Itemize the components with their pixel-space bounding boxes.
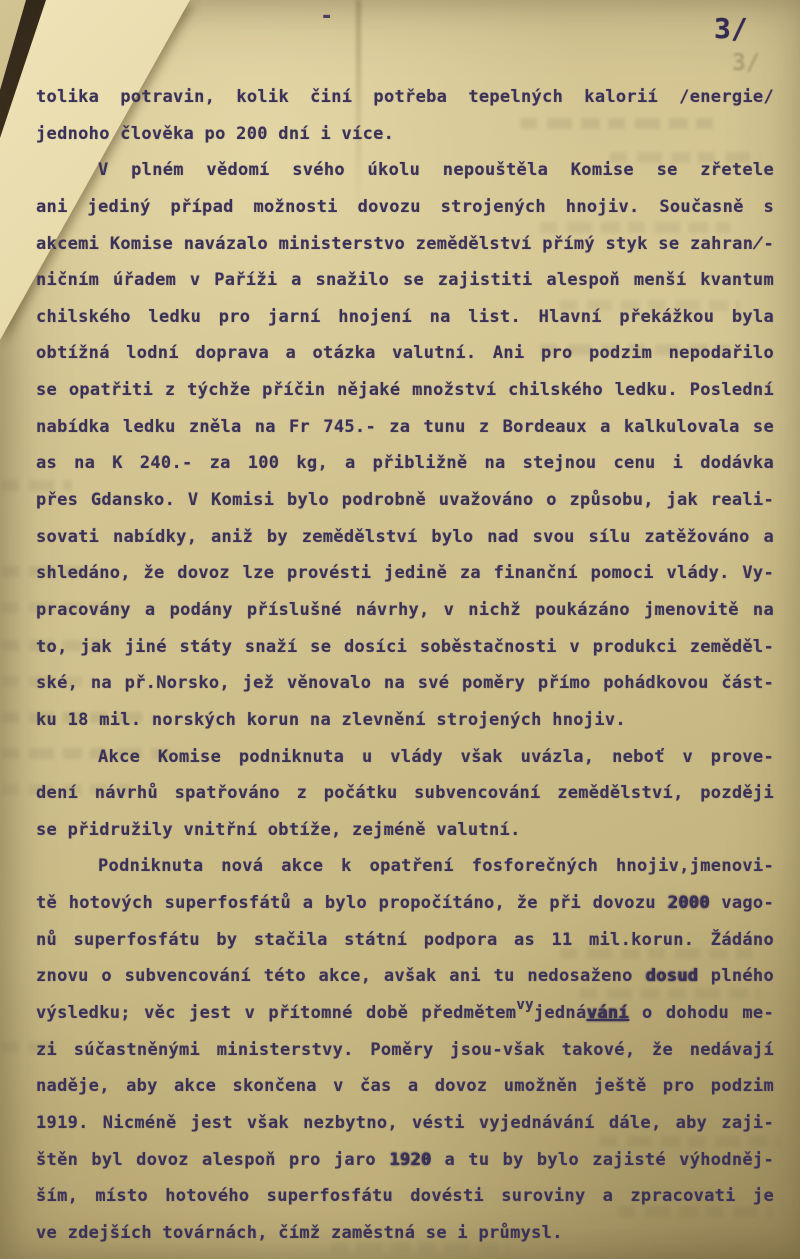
text-line: 1919. Nicméně jest však nezbytno, vésti … xyxy=(36,1105,774,1142)
text-line: jednoho člověka po 200 dní i více. xyxy=(36,116,774,153)
text-line: nabídka ledku zněla na Fr 745.- za tunu … xyxy=(36,409,774,446)
text-line: přes Gdansko. V Komisi bylo podrobně uva… xyxy=(36,482,774,519)
overstruck-text: 2000 xyxy=(668,893,710,913)
text-line: zi súčastněnými ministerstvy. Poměry jso… xyxy=(36,1032,774,1069)
text-line: Akce Komise podniknuta u vlády však uváz… xyxy=(36,739,774,776)
document-page: - 3/ 3/ tolika potravin, kolik činí potř… xyxy=(0,0,800,1259)
text-line: nů superfosfátu by stačila státní podpor… xyxy=(36,922,774,959)
text-run: plného xyxy=(698,966,774,986)
typed-correction: vy xyxy=(516,997,533,1013)
text-line: tolika potravin, kolik činí potřeba tepe… xyxy=(36,79,774,116)
text-run: a tu by bylo zajisté výhodněj- xyxy=(431,1150,774,1170)
text-line: Podniknuta nová akce k opatření fosforeč… xyxy=(36,848,774,885)
text-line: as na K 240.- za 100 kg, a přibližně na … xyxy=(36,445,774,482)
text-run: tě hotových superfosfátů a bylo propočít… xyxy=(36,893,668,913)
overstruck-text: 1920 xyxy=(389,1150,431,1170)
text-line: to, jak jiné státy snaží se dosíci soběs… xyxy=(36,629,774,666)
text-run: výsledku; věc jest v přítomné době předm… xyxy=(36,1003,516,1023)
underlined-correction: vání xyxy=(587,1003,629,1023)
page-number: 3/ xyxy=(714,12,748,45)
text-line: ku 18 mil. norských korun na zlevnění st… xyxy=(36,702,774,739)
text-run: štěn byl dovoz alespoň pro jaro xyxy=(36,1150,389,1170)
text-line: ve zdejších továrnách, čímž zaměstná se … xyxy=(36,1215,774,1252)
text-run: jedná xyxy=(534,1003,587,1023)
text-line: ani jediný případ možnosti dovozu stroje… xyxy=(36,189,774,226)
text-line: výsledku; věc jest v přítomné době předm… xyxy=(36,995,774,1032)
text-line: se přidružily vnitřní obtíže, zejméně va… xyxy=(36,812,774,849)
text-line: chilského ledku pro jarní hnojení na lis… xyxy=(36,299,774,336)
overstruck-text: dosud xyxy=(645,966,698,986)
document-body: tolika potravin, kolik činí potřeba tepe… xyxy=(36,79,774,1252)
text-run: vago- xyxy=(710,893,774,913)
text-line: shledáno, že dovoz lze provésti jedině z… xyxy=(36,555,774,592)
text-run: znovu o subvencování této akce, avšak an… xyxy=(36,966,645,986)
page-number-ghost: 3/ xyxy=(732,50,760,76)
text-line: tě hotových superfosfátů a bylo propočít… xyxy=(36,885,774,922)
text-line: obtížná lodní doprava a otázka valutní. … xyxy=(36,335,774,372)
text-line: sovati nabídky, aniž by zemědělství bylo… xyxy=(36,519,774,556)
stray-mark: - xyxy=(320,4,333,29)
text-run: o dohodu me- xyxy=(629,1003,774,1023)
text-line: ské, na př.Norsko, jež věnovalo na své p… xyxy=(36,665,774,702)
text-line: štěn byl dovoz alespoň pro jaro 1920 a t… xyxy=(36,1142,774,1179)
text-line: pracovány a podány příslušné návrhy, v n… xyxy=(36,592,774,629)
text-line: dení návrhů spatřováno z počátku subvenc… xyxy=(36,775,774,812)
text-line: znovu o subvencování této akce, avšak an… xyxy=(36,958,774,995)
text-line: ničním úřadem v Paříži a snažilo se zaji… xyxy=(36,262,774,299)
text-line: naděje, aby akce skončena v čas a dovoz … xyxy=(36,1068,774,1105)
text-line: se opatřiti z týchže příčin nějaké množs… xyxy=(36,372,774,409)
text-line: ším, místo hotového superfosfátu dovésti… xyxy=(36,1178,774,1215)
text-line: V plném vědomí svého úkolu nepouštěla Ko… xyxy=(36,152,774,189)
text-line: akcemi Komise navázalo ministerstvo země… xyxy=(36,226,774,263)
